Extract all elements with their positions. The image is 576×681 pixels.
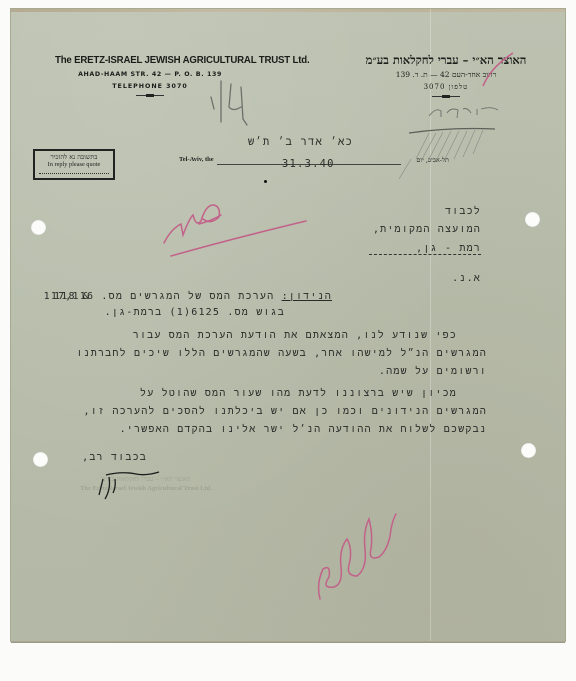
gregorian-date: 31.3.40 bbox=[282, 158, 335, 170]
punch-hole bbox=[31, 220, 46, 235]
company-address-english: AHAD-HAAM STR. 42 — P. O. B. 139 bbox=[55, 71, 245, 78]
body-line: המגרשים הנ״ל למישהו אחר, בשעה שהמגרשים ה… bbox=[76, 348, 487, 360]
paper-edge-stain bbox=[11, 9, 565, 12]
company-telephone-hebrew: טלפון 3070 bbox=[346, 83, 546, 91]
subject-label: הנידון: bbox=[282, 291, 332, 302]
company-telephone-english: TELEPHONE 3070 bbox=[55, 83, 245, 90]
reply-label-english: In reply please quote bbox=[35, 161, 113, 168]
ink-dot bbox=[264, 180, 267, 183]
reply-label-hebrew: בתשובה נא להזכיר bbox=[35, 153, 113, 161]
body-line: נבקשכם לשלוח את ההודעה הנ׳ל ישר אלינו בה… bbox=[120, 424, 487, 436]
handwritten-annotations bbox=[11, 9, 565, 641]
recipient-salutation: לכבוד bbox=[445, 206, 481, 218]
ornament-divider bbox=[432, 96, 460, 97]
date-label-hebrew: תל-אביב, יום bbox=[416, 156, 449, 164]
ornament-divider bbox=[136, 95, 164, 96]
punch-hole bbox=[521, 443, 536, 458]
punch-hole bbox=[33, 452, 48, 467]
subject-line-2: בגוש מס. 6125(1) ברמת-גן. bbox=[105, 307, 285, 319]
recipient-name: המועצה המקומית, bbox=[373, 224, 481, 236]
body-line: מכיון שיש ברצוננו לדעת מהו שעור המס שהוט… bbox=[140, 388, 457, 400]
paper-fold bbox=[430, 9, 431, 641]
hebrew-date: כא׳ אדר ב׳ ת׳ש bbox=[248, 136, 353, 149]
red-pencil-note-middle bbox=[164, 205, 306, 256]
letterhead-english: The ERETZ-ISRAEL JEWISH AGRICULTURAL TRU… bbox=[55, 54, 245, 96]
body-line: המגרשים הנידונים וכמו כן אם יש ביכלתנו ל… bbox=[84, 406, 487, 418]
recipient-greeting: א.נ. bbox=[452, 273, 481, 285]
pencil-signature-top bbox=[429, 108, 498, 118]
subject-line-1-suffix: 118 & bbox=[54, 291, 90, 302]
reply-dotted-line bbox=[39, 173, 109, 174]
punch-hole bbox=[525, 212, 540, 227]
pencil-hatching bbox=[399, 130, 483, 179]
red-pencil-note-lower bbox=[319, 514, 396, 599]
stamp-english: The Eretz-Israel Jewish Agricultural Tru… bbox=[76, 484, 216, 493]
body-line: ורשומים על שמה. bbox=[379, 366, 487, 378]
letter-paper: The ERETZ-ISRAEL JEWISH AGRICULTURAL TRU… bbox=[11, 9, 565, 641]
stamp-hebrew: האוצר הא״י – עברי לחקלאות בע״מ bbox=[76, 475, 216, 484]
closing-text: בכבוד רב, bbox=[82, 452, 147, 464]
company-name-hebrew: האוצר הא״י – עברי לחקלאות בע״מ bbox=[346, 53, 546, 67]
recipient-divider bbox=[369, 254, 481, 255]
company-address-hebrew: רחוב אחד-העם 42 — ת. ד. 139 bbox=[346, 70, 546, 79]
date-label-english: Tel-Aviv, the bbox=[179, 156, 214, 163]
reply-reference-box: בתשובה נא להזכיר In reply please quote bbox=[33, 149, 115, 180]
company-stamp: האוצר הא״י – עברי לחקלאות בע״מ The Eretz… bbox=[76, 475, 216, 493]
letterhead-hebrew: האוצר הא״י – עברי לחקלאות בע״מ רחוב אחד-… bbox=[346, 53, 546, 97]
body-line: כפי שנודע לנו, המצאתם את הודעת הערכת המס… bbox=[133, 330, 457, 342]
pencil-strike bbox=[409, 129, 495, 134]
company-name-english: The ERETZ-ISRAEL JEWISH AGRICULTURAL TRU… bbox=[55, 54, 230, 66]
